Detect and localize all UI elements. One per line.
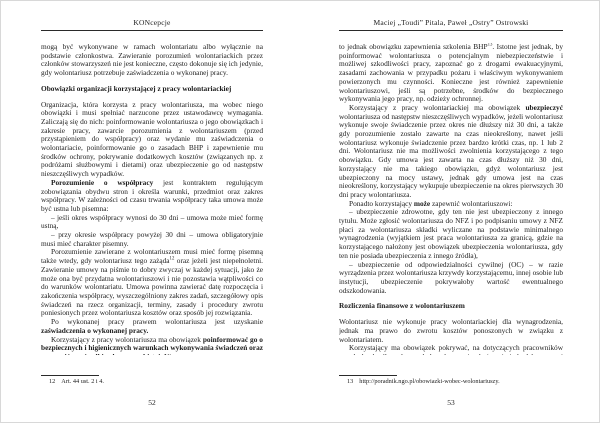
paragraph: Korzystający ma obowiązek pokrywać, na d…	[339, 344, 563, 355]
footnote-text: http://poradnik.ngo.pl/obowiazki-wobec-w…	[359, 378, 499, 385]
running-head-right: Maciej „Toudi” Pitala, Paweł „Ostry” Ost…	[339, 18, 563, 31]
footnote: 13http://poradnik.ngo.pl/obowiazki-wobec…	[339, 375, 563, 386]
page-body: to jednak obowiązku zapewnienia szkoleni…	[339, 43, 563, 355]
page-left: KONcepcje mogą być wykonywane w ramach w…	[1, 1, 301, 423]
bullet-item: – ubezpieczenie od odpowiedzialności cyw…	[339, 261, 563, 296]
footnote-number: 13	[347, 378, 353, 385]
page-number: 53	[339, 398, 563, 407]
bullet-item: – ubezpieczenie zdrowotne, gdy ten nie j…	[339, 208, 563, 260]
page-right: Maciej „Toudi” Pitala, Paweł „Ostry” Ost…	[301, 1, 600, 423]
paragraph: to jednak obowiązku zapewnienia szkoleni…	[339, 43, 563, 104]
page-right-text-column: Maciej „Toudi” Pitala, Paweł „Ostry” Ost…	[339, 18, 563, 355]
paragraph: Po wykonanej pracy prawem wolontariusza …	[41, 318, 263, 335]
footnote-number: 12	[49, 378, 55, 385]
footnote-reference: 12	[170, 257, 175, 262]
page-number: 52	[41, 398, 263, 407]
paragraph: Wolontariusz nie wykonuje pracy wolontar…	[339, 318, 563, 344]
footnote-rule	[41, 375, 99, 376]
paragraph: Organizacja, która korzysta z pracy wolo…	[41, 101, 263, 179]
page-left-text-column: KONcepcje mogą być wykonywane w ramach w…	[41, 18, 263, 355]
bullet-item: – przy okresie współpracy powyżej 30 dni…	[41, 231, 263, 248]
book-spread: KONcepcje mogą być wykonywane w ramach w…	[0, 0, 600, 423]
paragraph: mogą być wykonywane w ramach wolontariat…	[41, 43, 263, 78]
paragraph: Porozumienie zawierane z wolontariuszem …	[41, 248, 263, 318]
footnote-reference: 13	[488, 43, 493, 48]
section-heading: Rozliczenia finansowe z wolontariuszem	[339, 302, 563, 311]
footnote-text: Art. 44 ust. 2 i 4.	[61, 378, 104, 385]
section-heading: Obowiązki organizacji korzystającej z pr…	[41, 85, 263, 94]
footnote-rule	[339, 375, 397, 376]
paragraph: Korzystający z pracy wolontariusza ma ob…	[41, 336, 263, 356]
footnote: 12Art. 44 ust. 2 i 4.	[41, 375, 263, 386]
paragraph: Porozumienie o współpracy jest kontrakte…	[41, 179, 263, 214]
page-body: mogą być wykonywane w ramach wolontariat…	[41, 43, 263, 355]
running-head-left: KONcepcje	[41, 18, 263, 31]
bullet-item: – jeśli okres współpracy wynosi do 30 dn…	[41, 214, 263, 231]
paragraph: Korzystający z pracy wolontariackiej ma …	[339, 104, 563, 200]
